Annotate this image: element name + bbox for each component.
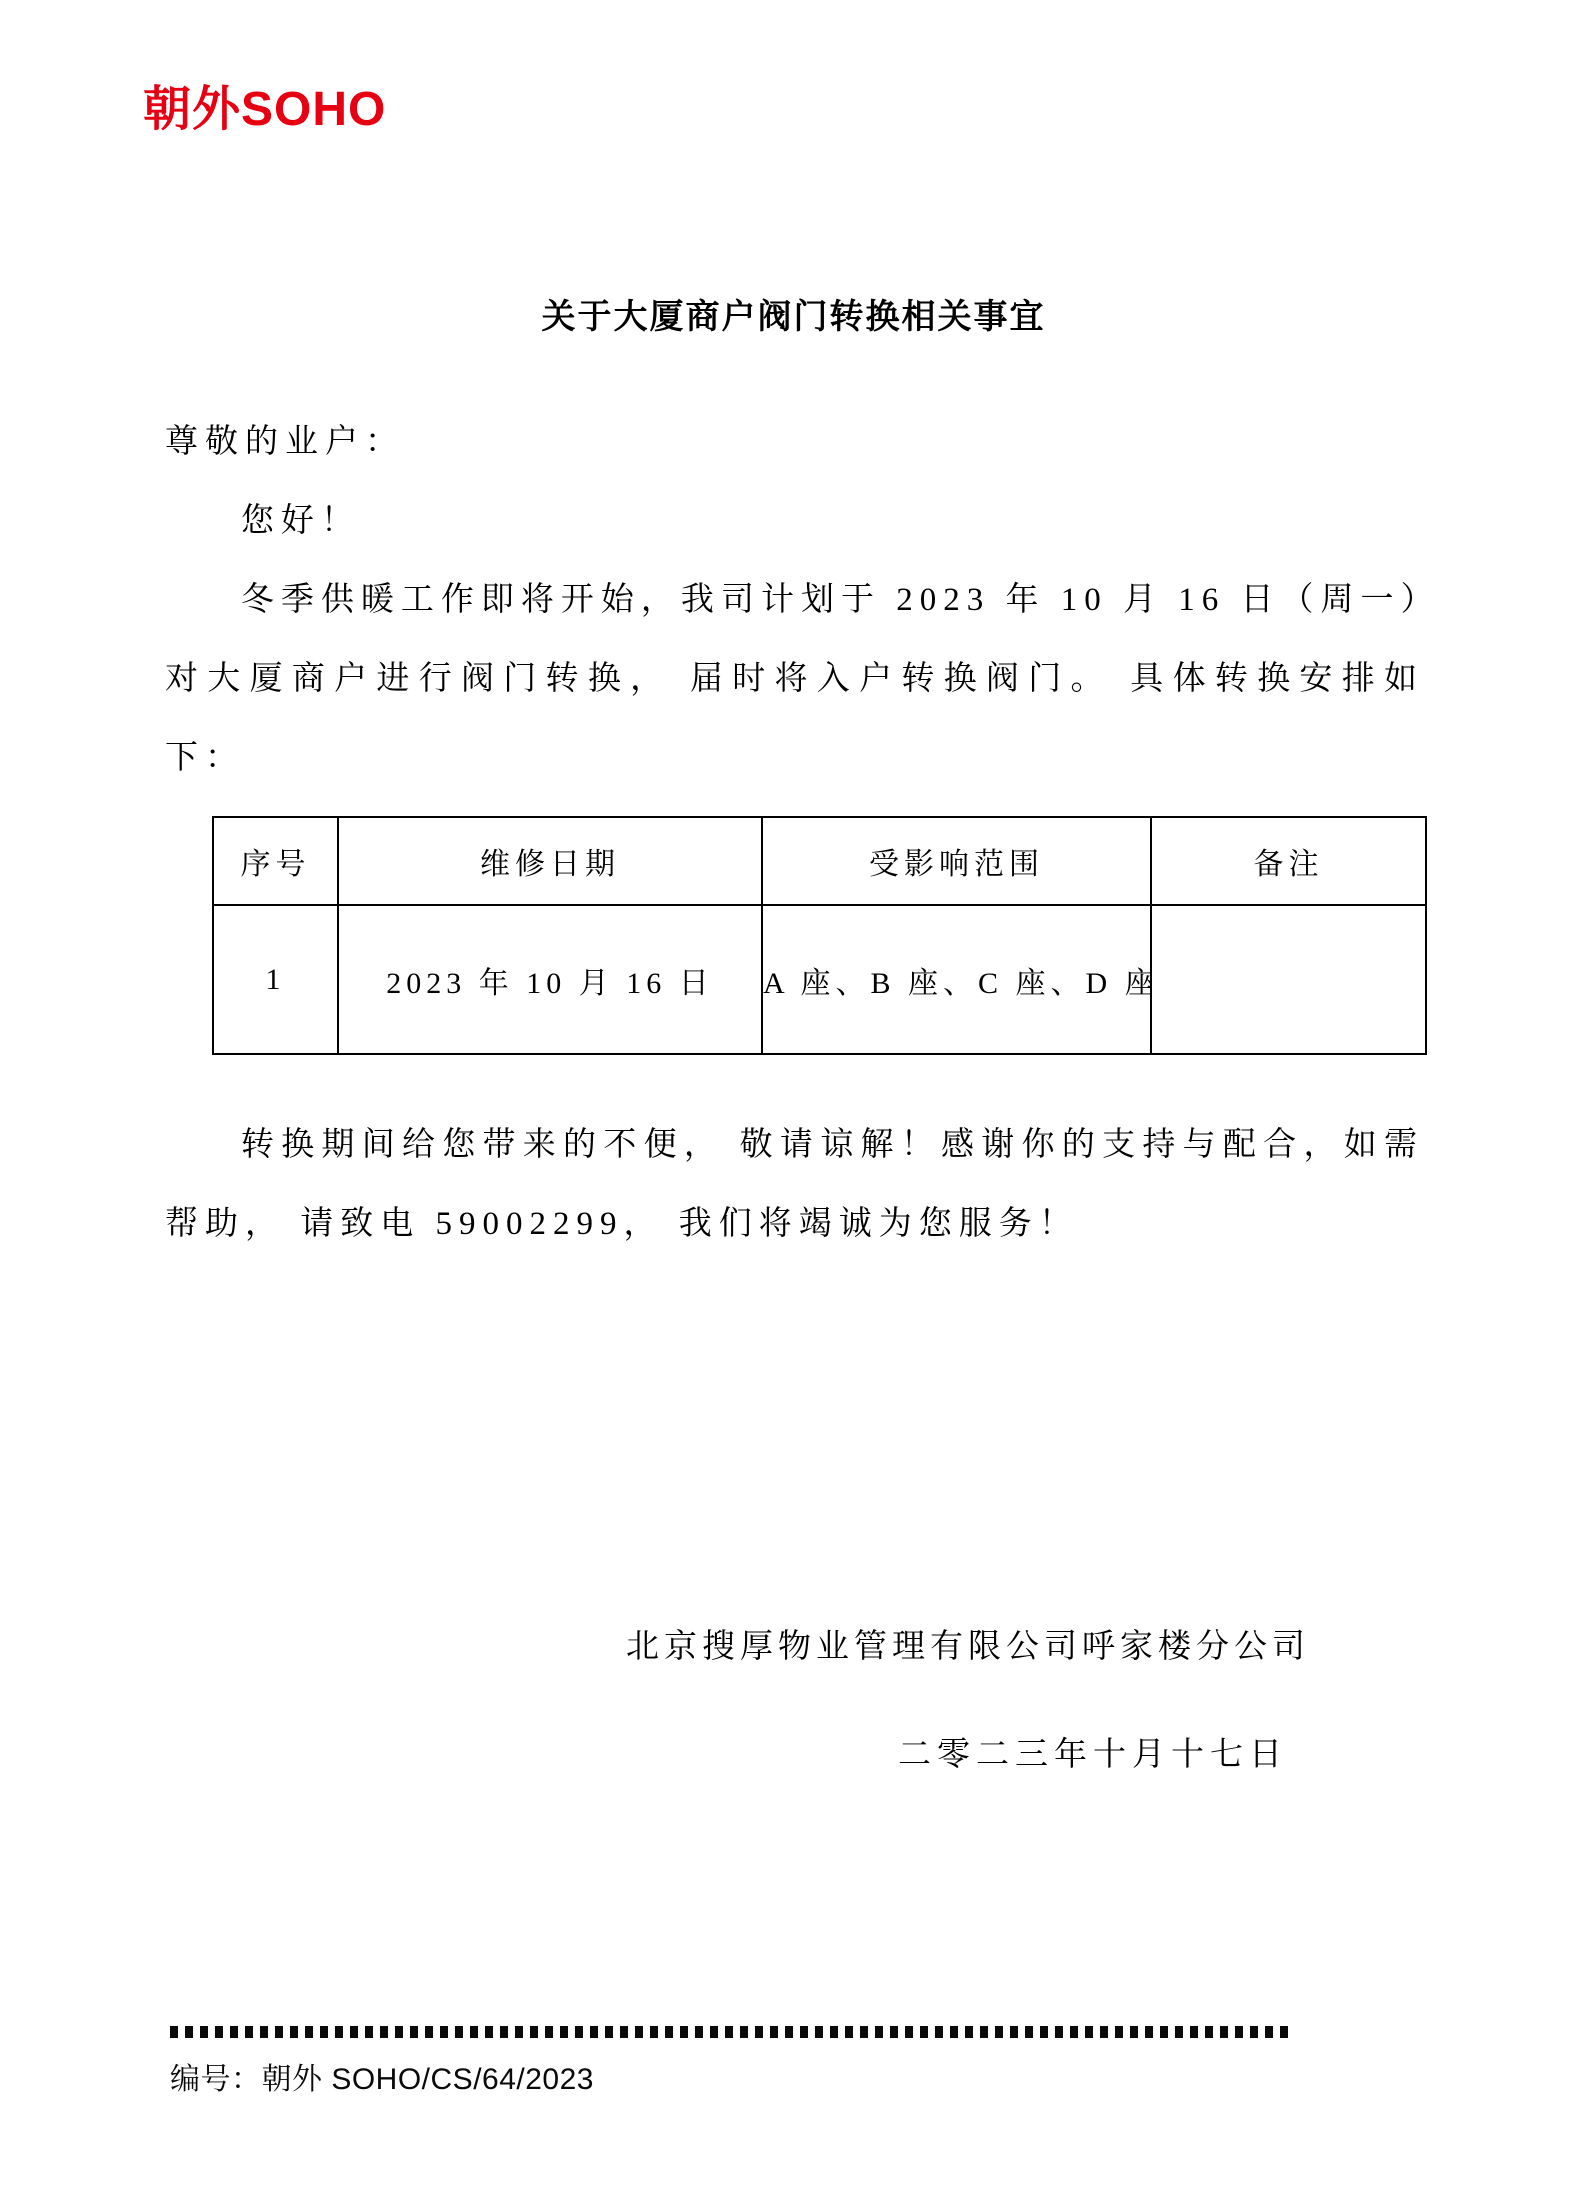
- cell-date: 2023 年 10 月 16 日: [338, 905, 762, 1054]
- salutation-line: 尊敬的业户：: [165, 403, 1424, 482]
- signature-company: 北京搜厚物业管理有限公司呼家楼分公司: [626, 1620, 1310, 1667]
- header-cell-date: 维修日期: [338, 817, 762, 905]
- header-cell-remark: 备注: [1151, 817, 1426, 905]
- table-row: 1 2023 年 10 月 16 日 A 座、B 座、C 座、D 座: [213, 905, 1426, 1054]
- intro-block: 尊敬的业户： 您好！ 冬季供暖工作即将开始，我司计划于 2023 年 10 月 …: [165, 403, 1424, 798]
- document-number: 编号：朝外 SOHO/CS/64/2023: [170, 2054, 594, 2098]
- cell-sequence: 1: [213, 905, 338, 1054]
- cell-remark: [1151, 905, 1426, 1054]
- document-page: 朝外SOHO 关于大厦商户阀门转换相关事宜 尊敬的业户： 您好！ 冬季供暖工作即…: [0, 0, 1587, 2207]
- closing-block: 转换期间给您带来的不便， 敬请谅解！感谢你的支持与配合，如需帮助， 请致电 59…: [165, 1106, 1424, 1264]
- table-header-row: 序号 维修日期 受影响范围 备注: [213, 817, 1426, 905]
- header-cell-sequence: 序号: [213, 817, 338, 905]
- intro-paragraph: 冬季供暖工作即将开始，我司计划于 2023 年 10 月 16 日（周一）对大厦…: [165, 561, 1424, 798]
- footer-dashed-divider: [170, 2026, 1288, 2038]
- maintenance-table: 序号 维修日期 受影响范围 备注 1 2023 年 10 月 16 日 A 座、…: [212, 816, 1427, 1055]
- closing-paragraph: 转换期间给您带来的不便， 敬请谅解！感谢你的支持与配合，如需帮助， 请致电 59…: [165, 1106, 1424, 1264]
- greeting-line: 您好！: [165, 482, 1424, 561]
- company-logo: 朝外SOHO: [143, 86, 386, 134]
- document-title: 关于大厦商户阀门转换相关事宜: [0, 289, 1587, 338]
- header-cell-scope: 受影响范围: [762, 817, 1151, 905]
- cell-scope: A 座、B 座、C 座、D 座: [762, 905, 1151, 1054]
- signature-date: 二零二三年十月十七日: [898, 1728, 1288, 1775]
